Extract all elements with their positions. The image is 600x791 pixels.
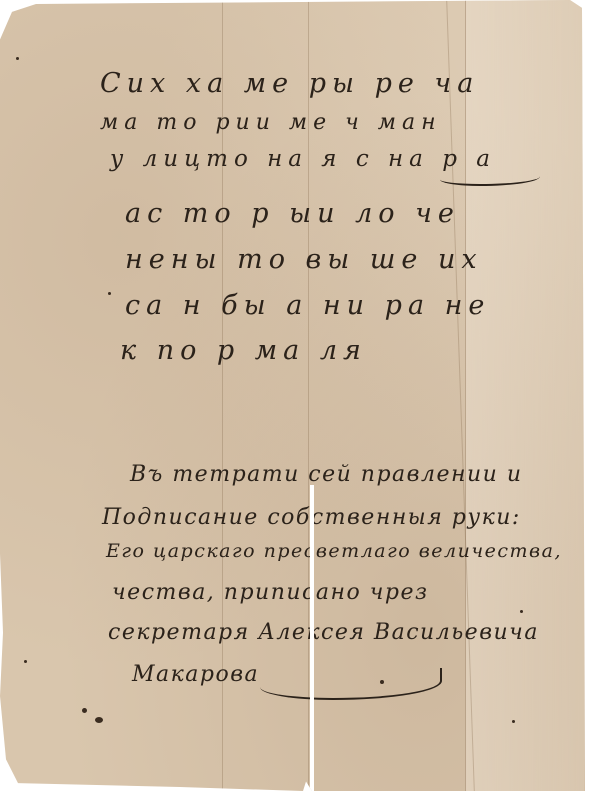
manuscript-line: Въ тетрати сей правлении и: [130, 462, 522, 487]
signature-flourish: [260, 668, 442, 700]
ink-blot: [512, 720, 515, 723]
manuscript-line: Макарова: [132, 662, 259, 687]
manuscript-line: Сих ха ме ры ре ча: [100, 68, 479, 99]
manuscript-line: чества, приписано чрез: [112, 580, 429, 605]
manuscript-line: секретаря Алексея Васильевича: [108, 620, 539, 645]
ink-blot: [108, 292, 111, 295]
manuscript-line: Его царскаго пресветлаго величества,: [106, 540, 562, 562]
manuscript-line: са н бы а ни ра не: [125, 290, 490, 321]
manuscript-line: ас то р ыи ло че: [125, 198, 460, 229]
manuscript-page: Сих ха ме ры ре ча ма то рии ме ч ман у …: [0, 0, 600, 791]
manuscript-line: нены то вы ше их: [125, 244, 483, 275]
ink-blot: [520, 610, 523, 613]
ink-blot: [16, 57, 19, 60]
ink-blot: [24, 660, 27, 663]
paper-tear: [310, 485, 314, 791]
manuscript-line: ма то рии ме ч ман: [100, 110, 442, 135]
ink-blot: [82, 708, 87, 713]
manuscript-line: к по р ма ля: [120, 335, 367, 366]
folded-paper-flap: [465, 0, 584, 791]
manuscript-line: у лицто на я с на р а: [110, 146, 496, 172]
ink-blot: [95, 717, 103, 723]
